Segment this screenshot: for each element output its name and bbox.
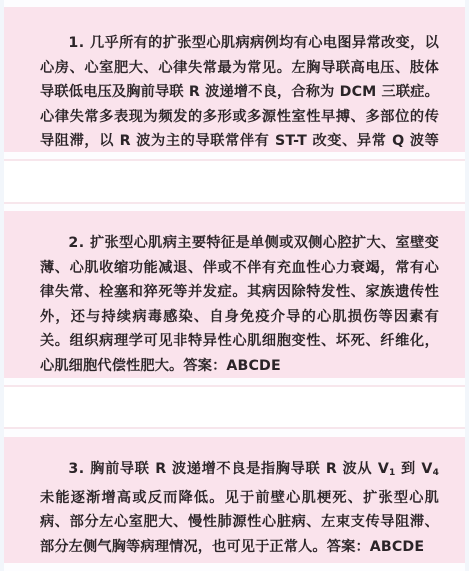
blank-separator-card-2 [4,385,465,429]
answer-card-3: 3. 胸前导联 R 波递增不良是指胸导联 R 波从 V1 到 V4 未能逐渐增高… [4,437,465,563]
answer-explanation-3: 3. 胸前导联 R 波递增不良是指胸导联 R 波从 V1 到 V4 未能逐渐增高… [40,457,439,559]
explanation-text: 扩张型心肌病主要特征是单侧或双侧心腔扩大、室壁变薄、心肌收缩功能减退、伴或不伴有… [40,235,439,374]
gap [4,378,465,385]
subscript-4: 4 [433,468,439,478]
answer-value: ABCDE [226,358,280,374]
answer-card-2: 2. 扩张型心肌病主要特征是单侧或双侧心腔扩大、室壁变薄、心肌收缩功能减退、伴或… [4,211,465,378]
item-number: 1. [68,35,84,51]
answer-label: 答案： [183,358,226,374]
item-number: 3. [68,461,84,477]
answer-card-1: 1. 几乎所有的扩张型心肌病病例均有心电图异常改变，以心房、心室肥大、心律失常最… [4,7,465,152]
gap [4,204,465,211]
blank-separator-card-1 [4,159,465,204]
explanation-text-part-2: 到 V [395,461,432,477]
gap [4,152,465,159]
right-margin [465,0,469,571]
page: 1. 几乎所有的扩张型心肌病病例均有心电图异常改变，以心房、心室肥大、心律失常最… [0,0,469,571]
answer-explanation-2: 2. 扩张型心肌病主要特征是单侧或双侧心腔扩大、室壁变薄、心肌收缩功能减退、伴或… [40,231,439,378]
top-margin [0,0,469,7]
answer-value: ABCDE [370,539,424,555]
item-number: 2. [68,235,84,251]
gap [4,563,465,571]
gap [4,429,465,437]
explanation-text-part-1: 胸前导联 R 波递增不良是指胸导联 R 波从 V [90,461,389,477]
answer-label: 答案： [327,539,370,555]
